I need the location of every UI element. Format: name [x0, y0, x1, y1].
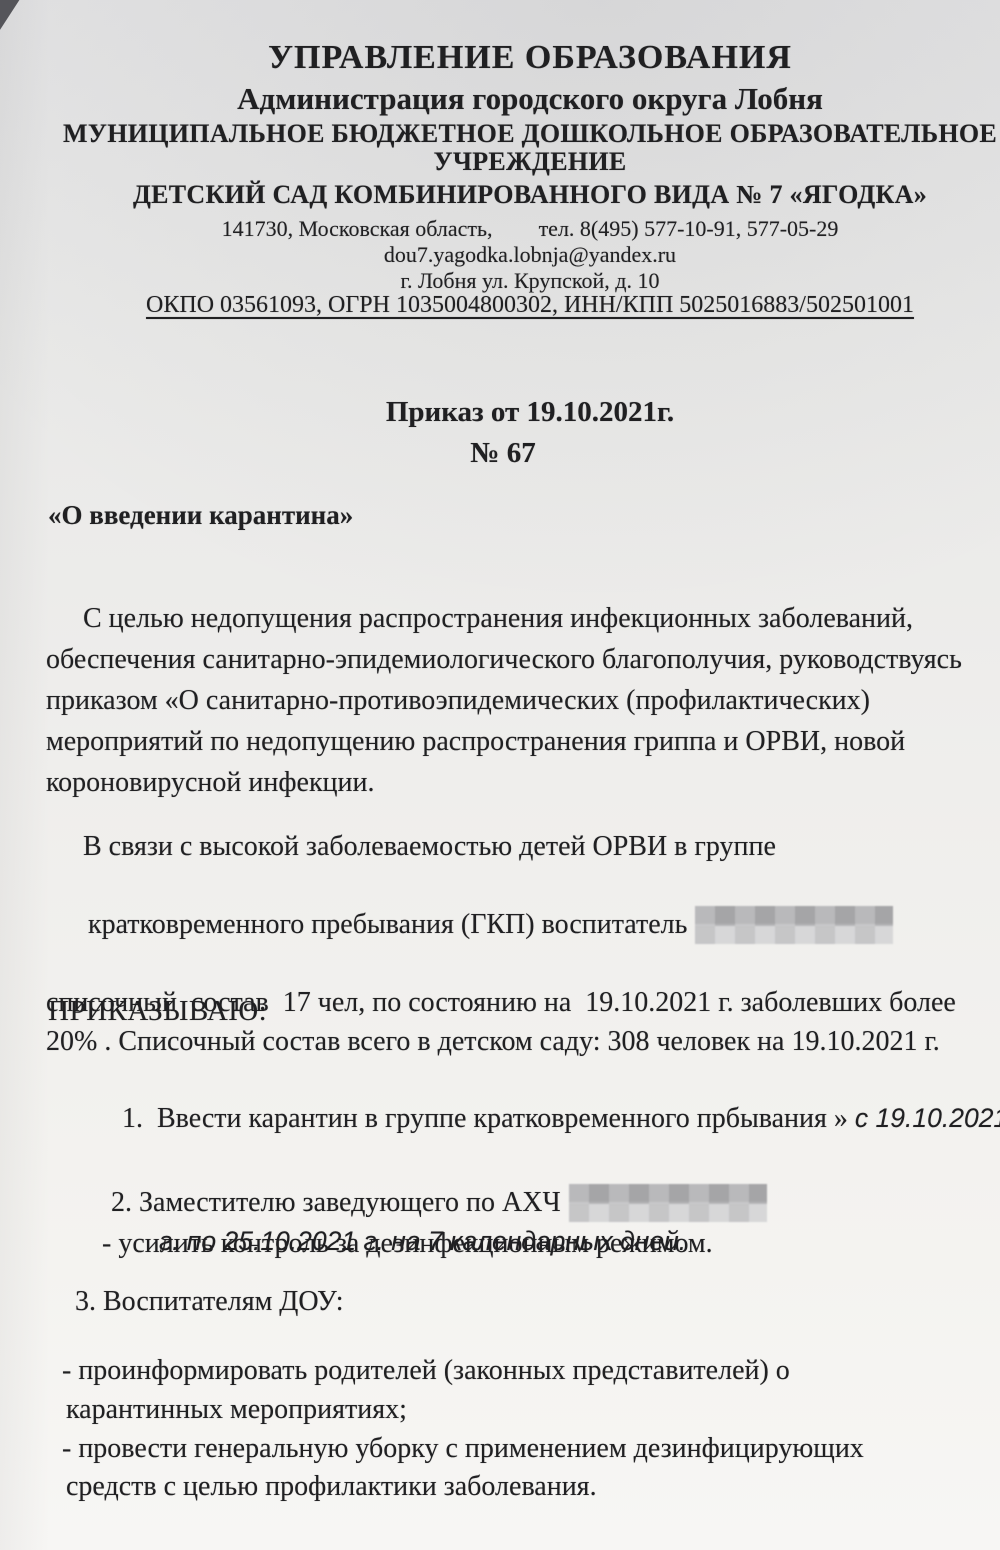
paragraph-2-line-1: В связи с высокой заболеваемостью детей … [46, 827, 996, 866]
org-institution-type-line: МУНИЦИПАЛЬНОЕ БЮДЖЕТНОЕ ДОШКОЛЬНОЕ ОБРАЗ… [60, 120, 1000, 176]
letterhead-block: УПРАВЛЕНИЕ ОБРАЗОВАНИЯ Администрация гор… [60, 38, 1000, 294]
item-1-dates-part-1: с 19.10.2021 [855, 1103, 1000, 1133]
preamble-paragraph-1: С целью недопущения распространения инфе… [46, 598, 996, 803]
order-subject: «О введении карантина» [48, 500, 353, 531]
order-heading: Приказ от 19.10.2021г. № 67 [60, 392, 1000, 474]
redacted-deputy-name [569, 1184, 767, 1222]
paragraph-2-line-2: кратковременного пребывания (ГКП) воспит… [46, 866, 996, 983]
item-3-subitem-1-line-1: - проинформировать родителей (законных п… [62, 1352, 864, 1391]
contact-line: 141730, Московская область, тел. 8(495) … [60, 215, 1000, 242]
contact-phone: тел. 8(495) 577-10-91, 577-05-29 [539, 215, 839, 242]
decree-heading: ПРИКАЗЫВАЮ: [48, 995, 267, 1028]
org-kindergarten-name: ДЕТСКИЙ САД КОМБИНИРОВАННОГО ВИДА № 7 «Я… [60, 180, 1000, 210]
item-3-subitem-1-line-2: карантинных мероприятиях; [62, 1391, 864, 1430]
contact-street-address: г. Лобня ул. Крупской, д. 10 [60, 268, 1000, 294]
photo-corner-artifact [0, 0, 22, 32]
contact-email: dou7.yagodka.lobnja@yandex.ru [60, 242, 1000, 268]
item-3-subitem-2-line-2: средств с целью профилактики заболевания… [62, 1468, 864, 1507]
order-number: № 67 [33, 433, 973, 474]
item-2-subitem: - усилить контроль за дезинфекционным ре… [102, 1228, 713, 1260]
order-item-3: 3. Воспитателям ДОУ: [75, 1286, 344, 1318]
redacted-teacher-name [695, 906, 893, 944]
contact-postal-address: 141730, Московская область, [222, 215, 493, 242]
item-3-subitems: - проинформировать родителей (законных п… [62, 1352, 864, 1507]
order-date-title: Приказ от 19.10.2021г. [60, 392, 1000, 433]
org-administration-line: Администрация городского округа Лобня [60, 80, 1000, 117]
item-3-subitem-2-line-1: - провести генеральную уборку с применен… [62, 1430, 864, 1469]
document-page: УПРАВЛЕНИЕ ОБРАЗОВАНИЯ Администрация гор… [0, 0, 1000, 1550]
org-management-title: УПРАВЛЕНИЕ ОБРАЗОВАНИЯ [60, 38, 1000, 78]
registry-codes-line: ОКПО 03561093, ОГРН 1035004800302, ИНН/К… [60, 292, 1000, 319]
